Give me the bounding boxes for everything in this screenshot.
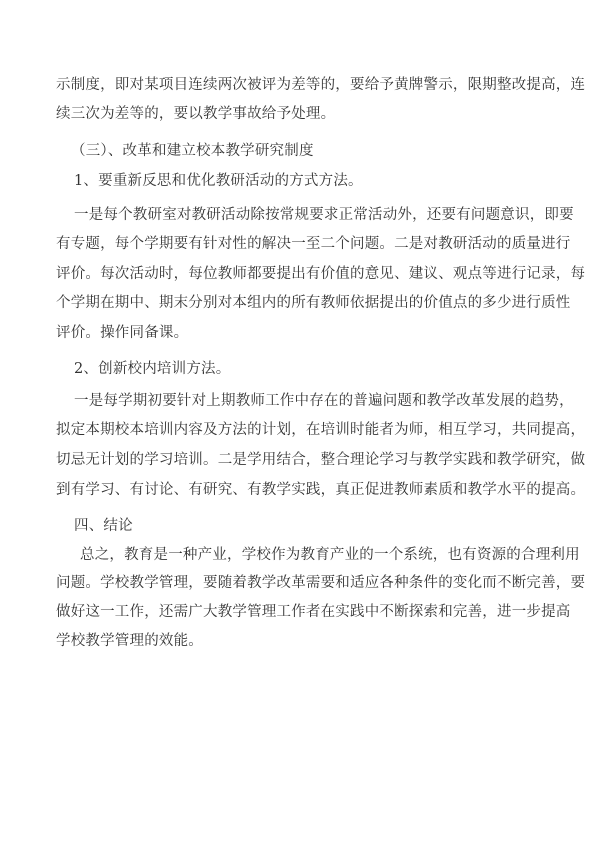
paragraph-line: 拟定本期校本培训内容及方法的计划，在培训时能者为师，相互学习，共同提高， <box>56 421 585 439</box>
paragraph-line: 示制度，即对某项目连续两次被评为差等的，要给予黄牌警示，限期整改提高，连 <box>56 76 585 94</box>
paragraph-line: 评价。每次活动时，每位教师都要提出有价值的意见、建议、观点等进行记录，每 <box>56 265 585 283</box>
document-page: 示制度，即对某项目连续两次被评为差等的，要给予黄牌警示，限期整改提高，连 续三次… <box>0 0 595 842</box>
paragraph-line: 续三次为差等的，要以教学事故给予处理。 <box>56 105 335 123</box>
paragraph-line: 到有学习、有讨论、有研究、有教学实践，真正促进教师素质和教学水平的提高。 <box>56 481 585 499</box>
subsection-heading: 1、要重新反思和优化教研活动的方式方法。 <box>74 172 363 190</box>
paragraph-line: 做好这一工作，还需广大教学管理工作者在实践中不断探索和完善，进一步提高 <box>56 603 571 621</box>
paragraph-line: 问题。学校教学管理，要随着教学改革需要和适应各种条件的变化而不断完善，要 <box>56 574 585 592</box>
paragraph-line: 有专题，每个学期要有针对性的解决一至二个问题。二是对教研活动的质量进行 <box>56 235 571 253</box>
paragraph-line: 个学期在期中、期末分别对本组内的所有教师依据提出的价值点的多少进行质性 <box>56 294 571 312</box>
subsection-heading: 2、创新校内培训方法。 <box>74 360 230 378</box>
paragraph-line: 总之，教育是一种产业，学校作为教育产业的一个系统，也有资源的合理利用 <box>80 546 580 564</box>
paragraph-line: 评价。操作同备课。 <box>56 324 188 342</box>
section-heading: （三）、改革和建立校本教学研究制度 <box>71 142 314 160</box>
paragraph-line: 一是每学期初要针对上期教师工作中存在的普遍问题和教学改革发展的趋势， <box>74 392 574 410</box>
paragraph-line: 学校教学管理的效能。 <box>56 632 203 650</box>
section-heading: 四、结论 <box>74 517 133 535</box>
paragraph-line: 切忌无计划的学习培训。二是学用结合，整合理论学习与教学实践和教学研究，做 <box>56 451 585 469</box>
paragraph-line: 一是每个教研室对教研活动除按常规要求正常活动外，还要有问题意识，即要 <box>74 206 574 224</box>
